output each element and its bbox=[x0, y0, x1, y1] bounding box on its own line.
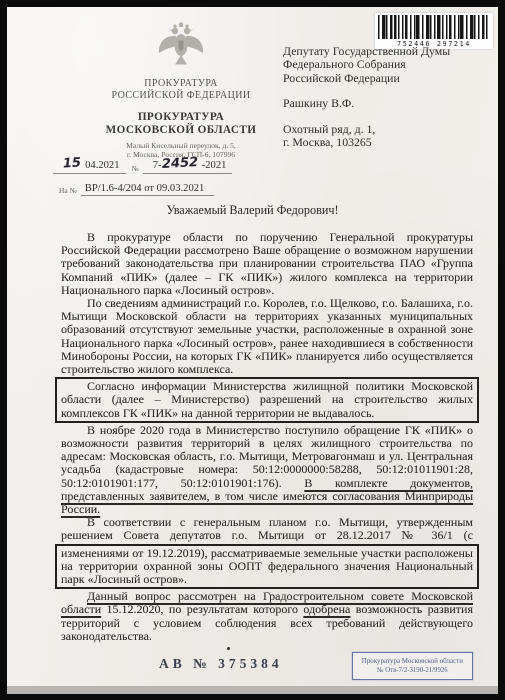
org-federal-line1: ПРОКУРАТУРА bbox=[85, 78, 277, 90]
paragraph-6: Данный вопрос рассмотрен на Градостроите… bbox=[61, 590, 473, 643]
recipient-title-line1: Депутату Государственной Думы bbox=[283, 45, 450, 58]
letter-page: ПРОКУРАТУРА РОССИЙСКОЙ ФЕДЕРАЦИИ ПРОКУРА… bbox=[7, 7, 498, 686]
org-regional-line2: МОСКОВСКОЙ ОБЛАСТИ bbox=[85, 124, 277, 137]
doc-no-suffix: -2021 bbox=[202, 160, 227, 171]
paragraph-6-text-1: 15.12.2020, по результатам которого bbox=[101, 602, 303, 616]
registration-stamp: Прокуратура Московской области № Отв-7/2… bbox=[352, 652, 473, 680]
date-typed: 04.2021 bbox=[85, 160, 119, 171]
stamp-reg-number: № Отв-7/2-3190-21/9926 bbox=[362, 666, 463, 675]
number-sign-label: № bbox=[132, 164, 139, 173]
recipient-address-line1: Охотный ряд, д. 1, bbox=[283, 123, 450, 136]
barcode-bars-icon bbox=[378, 15, 490, 39]
letter-date: 1504.2021 bbox=[53, 157, 126, 174]
highlight-box-ministry: Согласно информации Министерства жилищно… bbox=[55, 377, 479, 423]
scan-artifact-dot bbox=[227, 647, 230, 650]
scanned-letter: { "colors": { "paper": "#f1efec", "ink":… bbox=[0, 0, 505, 700]
letter-header: ПРОКУРАТУРА РОССИЙСКОЙ ФЕДЕРАЦИИ ПРОКУРА… bbox=[7, 7, 498, 203]
letterhead-address-line1: Малый Кисельный переулок, д. 5, bbox=[85, 141, 277, 150]
salutation: Уважаемый Валерий Федорович! bbox=[7, 203, 498, 218]
org-federal-line2: РОССИЙСКОЙ ФЕДЕРАЦИИ bbox=[85, 90, 277, 102]
letterhead: ПРОКУРАТУРА РОССИЙСКОЙ ФЕДЕРАЦИИ ПРОКУРА… bbox=[85, 19, 277, 159]
highlight-box-genplan: изменениями от 19.12.2019), рассматривае… bbox=[55, 544, 479, 590]
paragraph-5-lead: В соответствии с генеральным планом г.о.… bbox=[61, 516, 473, 542]
org-regional-line1: ПРОКУРАТУРА bbox=[85, 111, 277, 124]
paragraph-2: По сведениям администраций г.о. Королев,… bbox=[61, 297, 473, 376]
paragraph-6-underlined-2: одобрена bbox=[303, 602, 350, 616]
recipient-address-line2: г. Москва, 103265 bbox=[283, 136, 450, 149]
recipient-title-line3: Российской Федерации bbox=[283, 72, 450, 85]
coat-of-arms-icon bbox=[155, 19, 207, 67]
recipient-name: Рашкину В.Ф. bbox=[283, 97, 450, 110]
letter-footer: АВ № 375384 Прокуратура Московской облас… bbox=[61, 652, 473, 680]
paragraph-4: В ноябре 2020 года в Министерство поступ… bbox=[61, 424, 473, 516]
dateline: 1504.2021 № 7-2452-2021 На № ВР/1.6-4/20… bbox=[53, 157, 315, 196]
outgoing-number: 7-2452-2021 bbox=[143, 157, 233, 174]
recipient-title-line2: Федерального Собрания bbox=[283, 58, 450, 71]
doc-no-handwritten: 2452 bbox=[161, 155, 198, 172]
doc-no-prefix: 7- bbox=[153, 160, 162, 171]
recipient-block: Депутату Государственной Думы Федерально… bbox=[283, 45, 450, 161]
paragraph-3-boxed: Согласно информации Министерства жилищно… bbox=[61, 380, 473, 420]
letter-body: В прокуратуре области по поручению Генер… bbox=[61, 231, 473, 643]
date-day-handwritten: 15 bbox=[63, 156, 82, 172]
stamp-org-name: Прокуратура Московской области bbox=[362, 657, 463, 666]
reference-number: ВР/1.6-4/204 от 09.03.2021 bbox=[81, 183, 215, 196]
blank-form-number: АВ № 375384 bbox=[159, 656, 283, 672]
paragraph-5-boxed: изменениями от 19.12.2019), рассматривае… bbox=[61, 547, 473, 587]
reference-label: На № bbox=[59, 186, 77, 195]
scanner-bed-strip bbox=[7, 685, 498, 694]
paragraph-1: В прокуратуре области по поручению Генер… bbox=[61, 231, 473, 297]
